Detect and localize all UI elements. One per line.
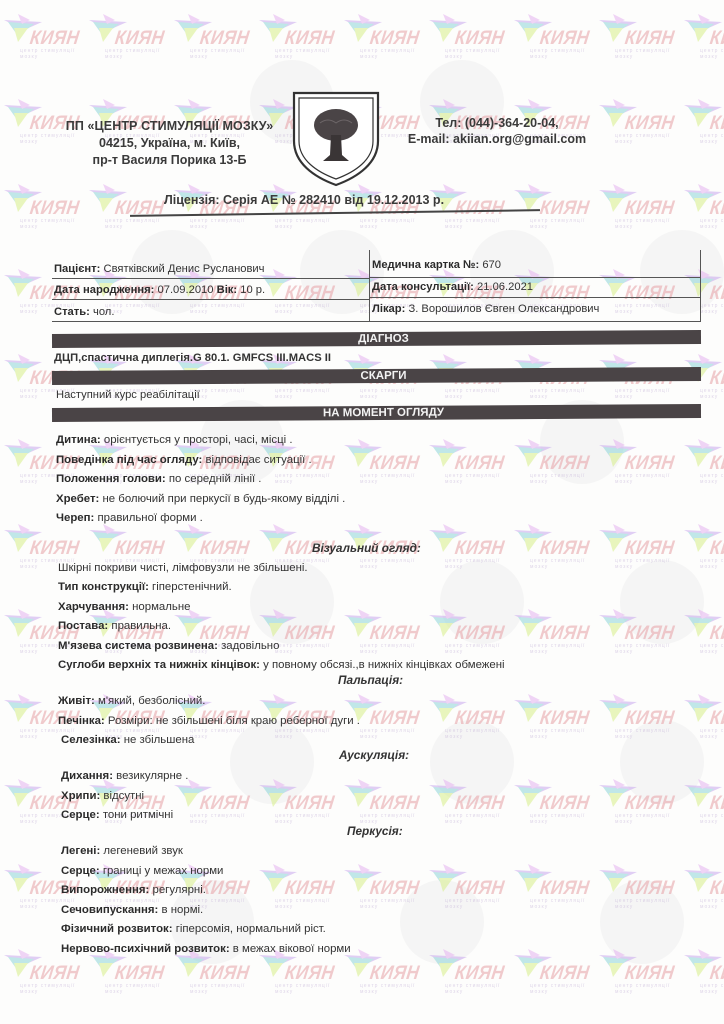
sex-label: Стать:	[54, 306, 90, 318]
medical-report-page: ПП «ЦЕНТР СТИМУЛЯЦІЇ МОЗКУ» 04215, Украї…	[0, 0, 724, 1024]
exam-header: НА МОМЕНТ ОГЛЯДУ	[52, 404, 701, 422]
percussion-title: Перкусія:	[347, 824, 403, 838]
finding-row: Легені: легеневий звук	[61, 845, 183, 857]
finding-row: Фізичний розвиток: гіперсомія, нормальни…	[61, 923, 326, 935]
finding-label: Серце:	[61, 809, 100, 821]
finding-label: Печінка:	[58, 715, 105, 727]
finding-row: Випорожнення: регулярні.	[61, 884, 206, 896]
email-address: E-mail: akiian.org@gmail.com	[402, 131, 592, 147]
complaints-title: СКАРГИ	[360, 370, 406, 382]
organization-block: ПП «ЦЕНТР СТИМУЛЯЦІЇ МОЗКУ» 04215, Украї…	[62, 118, 277, 169]
finding-value: нормальне	[129, 601, 191, 613]
finding-label: Дихання:	[61, 770, 113, 782]
finding-value: правильної форми .	[94, 512, 203, 524]
auscultation-title: Аускуляція:	[339, 748, 409, 762]
medical-card-number: 670	[482, 259, 501, 271]
finding-value: м'який, безболісний.	[95, 695, 206, 707]
finding-label: М'язева система розвинена:	[58, 640, 218, 652]
finding-row: Дихання: везикулярне .	[61, 770, 188, 782]
finding-value: гіперсомія, нормальний ріст.	[173, 923, 326, 935]
finding-label: Тип конструкції:	[58, 581, 149, 593]
sex-row: Стать: чол.	[54, 306, 114, 318]
sex-value: чол.	[93, 306, 114, 318]
finding-row: Поведінка під час огляду: відповідає сит…	[56, 454, 312, 466]
finding-row: Постава: правильна.	[58, 620, 171, 632]
finding-label: Постава:	[58, 620, 108, 632]
finding-value: задовільно	[218, 640, 280, 652]
medical-card-row: Медична картка №: 670	[372, 259, 501, 271]
contact-block: Тел: (044)-364-20-04, E-mail: akiian.org…	[402, 115, 592, 147]
consultation-date-row: Дата консультації: 21.06.2021	[372, 281, 533, 293]
finding-value: тони ритмічні	[100, 809, 173, 821]
finding-value: Розміри: не збільшені біля краю реберної…	[105, 715, 360, 727]
tree-brain-shield-icon	[290, 89, 382, 187]
address-line-2: пр-т Василя Порика 13-Б	[62, 152, 277, 169]
finding-row: Печінка: Розміри: не збільшені біля краю…	[58, 715, 360, 727]
birth-date-label: Дата народження:	[54, 284, 154, 296]
finding-label: Положення голови:	[56, 473, 166, 485]
patient-info-table: Пацієнт: Святківский Денис Русланович Да…	[52, 250, 701, 322]
finding-value: орієнтується у просторі, часі, місці .	[101, 434, 293, 446]
finding-label: Череп:	[56, 512, 94, 524]
age-label: Вік:	[217, 284, 238, 296]
finding-value: відповідає ситуації .	[202, 454, 311, 466]
finding-row: Дитина: орієнтується у просторі, часі, м…	[56, 434, 293, 446]
divider	[700, 250, 701, 322]
finding-value: границі у межах норми	[100, 865, 224, 877]
finding-row: Хребет: не болючий при перкусії в будь-я…	[56, 493, 345, 505]
finding-value: легеневий звук	[100, 845, 183, 857]
diagnosis-text: ДЦП,спастична диплегія.G 80.1. GMFCS III…	[54, 352, 331, 364]
finding-label: Хребет:	[56, 493, 99, 505]
finding-value: регулярні.	[149, 884, 206, 896]
organization-name: ПП «ЦЕНТР СТИМУЛЯЦІЇ МОЗКУ»	[62, 118, 277, 135]
finding-row: Сечовипускання: в нормі.	[61, 904, 203, 916]
finding-row: Череп: правильної форми .	[56, 512, 203, 524]
finding-row: Серце: тони ритмічні	[61, 809, 173, 821]
divider	[369, 250, 370, 322]
finding-row: Живіт: м'який, безболісний.	[58, 695, 205, 707]
finding-row: Селезінка: не збільшена	[61, 734, 194, 746]
finding-label: Сечовипускання:	[61, 904, 158, 916]
divider	[52, 321, 701, 322]
birth-date-value: 07.09.2010	[158, 284, 214, 296]
finding-value: відсутні	[100, 790, 144, 802]
finding-label: Фізичний розвиток:	[61, 923, 173, 935]
finding-row: Хрипи: відсутні	[61, 790, 144, 802]
finding-label: Суглоби верхніх та нижніх кінцівок:	[58, 659, 260, 671]
patient-label: Пацієнт:	[54, 263, 100, 275]
palpation-title: Пальпація:	[338, 673, 403, 687]
divider	[52, 299, 369, 300]
finding-value: в нормі.	[158, 904, 203, 916]
finding-value: не збільшена	[121, 734, 195, 746]
patient-name-row: Пацієнт: Святківский Денис Русланович	[54, 263, 265, 275]
finding-label: Селезінка:	[61, 734, 121, 746]
diagnosis-header: ДІАГНОЗ	[52, 330, 701, 348]
divider	[52, 278, 369, 279]
medical-card-label: Медична картка №:	[372, 259, 479, 271]
finding-row: М'язева система розвинена: задовільно	[58, 640, 279, 652]
finding-label: Живіт:	[58, 695, 95, 707]
finding-row: Серце: границі у межах норми	[61, 865, 223, 877]
finding-value: не болючий при перкусії в будь-якому від…	[99, 493, 345, 505]
finding-value: у повному обсязі.,в нижніх кінцівках обм…	[260, 659, 505, 671]
consultation-date-value: 21.06.2021	[477, 281, 533, 293]
finding-row: Тип конструкції: гіперстенічний.	[58, 581, 232, 593]
finding-label: Легені:	[61, 845, 100, 857]
finding-label: Випорожнення:	[61, 884, 149, 896]
finding-row: Положення голови: по середній лінії .	[56, 473, 261, 485]
visual-exam-intro: Шкірні покриви чисті, лімфовузли не збіл…	[58, 562, 308, 574]
finding-label: Поведінка під час огляду:	[56, 454, 202, 466]
finding-label: Хрипи:	[61, 790, 100, 802]
doctor-row: Лікар: З. Ворошилов Євген Олександрович	[372, 303, 599, 315]
consultation-date-label: Дата консультації:	[372, 281, 474, 293]
patient-name: Святківский Денис Русланович	[104, 263, 265, 275]
visual-exam-title: Візуальний огляд:	[312, 541, 421, 555]
phone-number: Тел: (044)-364-20-04,	[402, 115, 592, 131]
finding-row: Нервово-психічний розвиток: в межах віко…	[61, 943, 351, 955]
finding-value: везикулярне .	[113, 770, 188, 782]
finding-label: Нервово-психічний розвиток:	[61, 943, 230, 955]
finding-value: по середній лінії .	[166, 473, 262, 485]
finding-label: Харчування:	[58, 601, 129, 613]
finding-label: Серце:	[61, 865, 100, 877]
divider	[369, 297, 701, 298]
age-value: 10 р.	[240, 284, 265, 296]
doctor-name: З. Ворошилов Євген Олександрович	[408, 303, 599, 315]
address-line-1: 04215, Україна, м. Київ,	[62, 135, 277, 152]
complaints-header: СКАРГИ	[52, 367, 701, 385]
diagnosis-title: ДІАГНОЗ	[358, 333, 409, 345]
license-divider	[130, 209, 540, 217]
finding-row: Харчування: нормальне	[58, 601, 190, 613]
finding-value: гіперстенічний.	[149, 581, 232, 593]
complaints-text: Наступний курс реабілітації	[56, 389, 200, 401]
exam-title: НА МОМЕНТ ОГЛЯДУ	[323, 407, 444, 420]
finding-label: Дитина:	[56, 434, 101, 446]
divider	[369, 277, 701, 278]
doctor-label: Лікар:	[372, 303, 405, 315]
finding-value: в межах вікової норми	[230, 943, 351, 955]
finding-row: Суглоби верхніх та нижніх кінцівок: у по…	[58, 659, 505, 671]
finding-value: правильна.	[108, 620, 171, 632]
birth-date-row: Дата народження: 07.09.2010 Вік: 10 р.	[54, 284, 265, 296]
license-info: Ліцензія: Серія АЕ № 282410 від 19.12.20…	[164, 193, 484, 207]
